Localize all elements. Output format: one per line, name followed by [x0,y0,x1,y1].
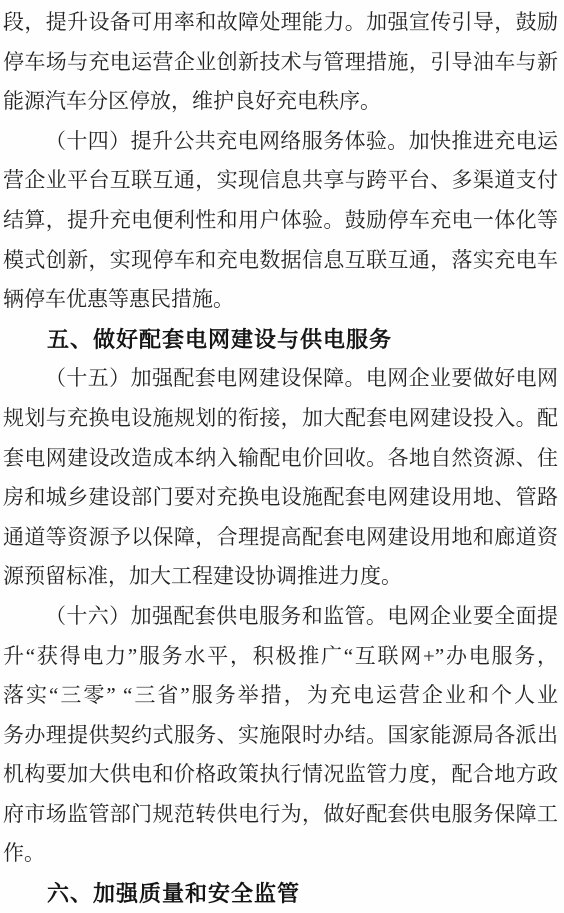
text-line: 落实“三零” “三省”服务举措，为充电运营企业和个人业 [3,676,558,716]
text-line: （十五）加强配套电网建设保障。电网企业要做好电网 [3,359,558,399]
section-heading-5: 五、做好配套电网建设与供电服务 [3,320,558,360]
text-line: 套电网建设改造成本纳入输配电价回收。各地自然资源、住 [3,439,558,479]
text-line: 能源汽车分区停放，维护良好充电秩序。 [3,82,558,122]
text-line: （十六）加强配套供电服务和监管。电网企业要全面提 [3,597,558,637]
text-line: 作。 [3,834,558,874]
text-line: 府市场监管部门规范转供电行为，做好配套供电服务保障工 [3,795,558,835]
text-line: 段，提升设备可用率和故障处理能力。加强宣传引导，鼓励 [3,3,558,43]
text-line: 停车场与充电运营企业创新技术与管理措施，引导油车与新 [3,43,558,83]
section-heading-text: 六、加强质量和安全监管 [3,874,558,913]
paragraph-item-15: （十五）加强配套电网建设保障。电网企业要做好电网 规划与充换电设施规划的衔接，加… [3,359,558,597]
text-line: 源预留标准，加大工程建设协调推进力度。 [3,557,558,597]
text-line: （十四）提升公共充电网络服务体验。加快推进充电运 [3,122,558,162]
text-line: 规划与充换电设施规划的衔接，加大配套电网建设投入。配 [3,399,558,439]
text-line: 模式创新，实现停车和充电数据信息互联互通，落实充电车 [3,241,558,281]
text-line: 通道等资源予以保障，合理提高配套电网建设用地和廊道资 [3,518,558,558]
text-line: 营企业平台互联互通，实现信息共享与跨平台、多渠道支付 [3,161,558,201]
section-heading-6: 六、加强质量和安全监管 [3,874,558,913]
text-line: 务办理提供契约式服务、实施限时办结。国家能源局各派出 [3,716,558,756]
text-line: 辆停车优惠等惠民措施。 [3,280,558,320]
paragraph-item-14: （十四）提升公共充电网络服务体验。加快推进充电运 营企业平台互联互通，实现信息共… [3,122,558,320]
paragraph-continuation: 段，提升设备可用率和故障处理能力。加强宣传引导，鼓励 停车场与充电运营企业创新技… [3,3,558,122]
document-page: 段，提升设备可用率和故障处理能力。加强宣传引导，鼓励 停车场与充电运营企业创新技… [0,0,564,913]
text-line: 机构要加大供电和价格政策执行情况监管力度，配合地方政 [3,755,558,795]
text-line: 房和城乡建设部门要对充换电设施配套电网建设用地、管路 [3,478,558,518]
paragraph-item-16: （十六）加强配套供电服务和监管。电网企业要全面提 升“获得电力”服务水平，积极推… [3,597,558,874]
text-line: 升“获得电力”服务水平，积极推广“互联网+”办电服务， [3,637,558,677]
section-heading-text: 五、做好配套电网建设与供电服务 [3,320,558,360]
text-line: 结算，提升充电便利性和用户体验。鼓励停车充电一体化等 [3,201,558,241]
